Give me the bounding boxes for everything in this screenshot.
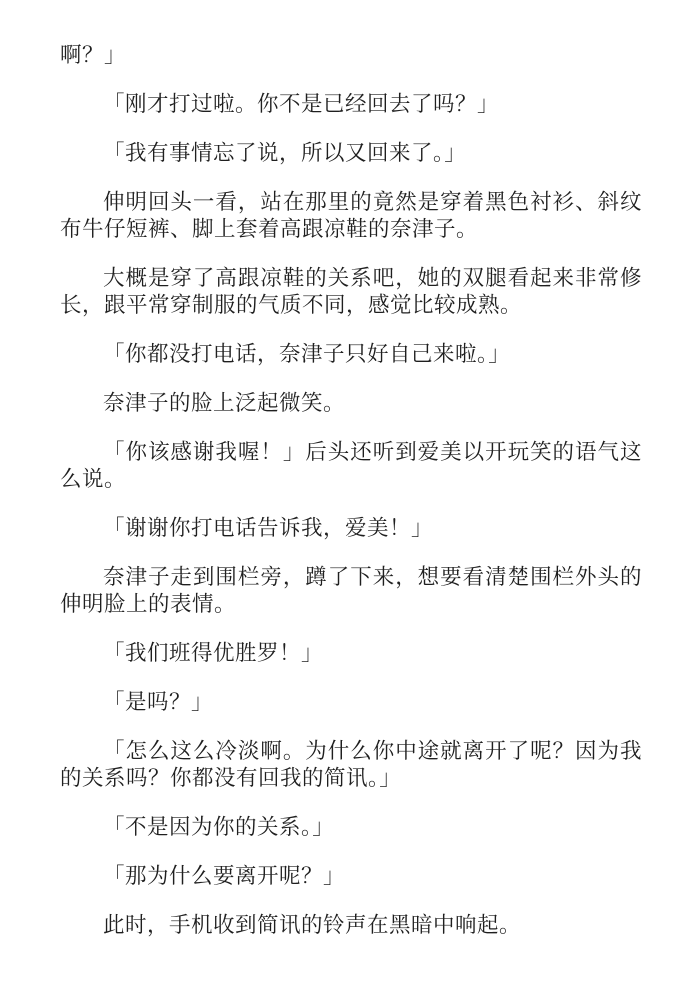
- paragraph: 「怎么这么冷淡啊。为什么你中途就离开了呢？因为我的关系吗？你都没有回我的简讯。」: [60, 738, 642, 792]
- paragraph: 「谢谢你打电话告诉我，爱美！」: [60, 515, 642, 542]
- paragraph: 「是吗？」: [60, 689, 642, 716]
- paragraph: 大概是穿了高跟凉鞋的关系吧，她的双腿看起来非常修长，跟平常穿制服的气质不同，感觉…: [60, 265, 642, 319]
- paragraph: 「不是因为你的关系。」: [60, 814, 642, 841]
- paragraph: 「我有事情忘了说，所以又回来了。」: [60, 140, 642, 167]
- paragraph: 伸明回头一看，站在那里的竟然是穿着黑色衬衫、斜纹布牛仔短裤、脚上套着高跟凉鞋的奈…: [60, 189, 642, 243]
- book-page: 啊？」 「刚才打过啦。你不是已经回去了吗？」 「我有事情忘了说，所以又回来了。」…: [0, 0, 700, 992]
- paragraph: 奈津子的脸上泛起微笑。: [60, 390, 642, 417]
- paragraph: 「你该感谢我喔！」后头还听到爱美以开玩笑的语气这么说。: [60, 439, 642, 493]
- paragraph: 啊？」: [60, 42, 642, 69]
- paragraph: 「你都没打电话，奈津子只好自己来啦。」: [60, 341, 642, 368]
- paragraph: 奈津子走到围栏旁，蹲了下来，想要看清楚围栏外头的伸明脸上的表情。: [60, 564, 642, 618]
- paragraph: 「那为什么要离开呢？」: [60, 863, 642, 890]
- paragraph: 「我们班得优胜罗！」: [60, 640, 642, 667]
- paragraph: 此时，手机收到简讯的铃声在黑暗中响起。: [60, 912, 642, 939]
- paragraph: 「刚才打过啦。你不是已经回去了吗？」: [60, 91, 642, 118]
